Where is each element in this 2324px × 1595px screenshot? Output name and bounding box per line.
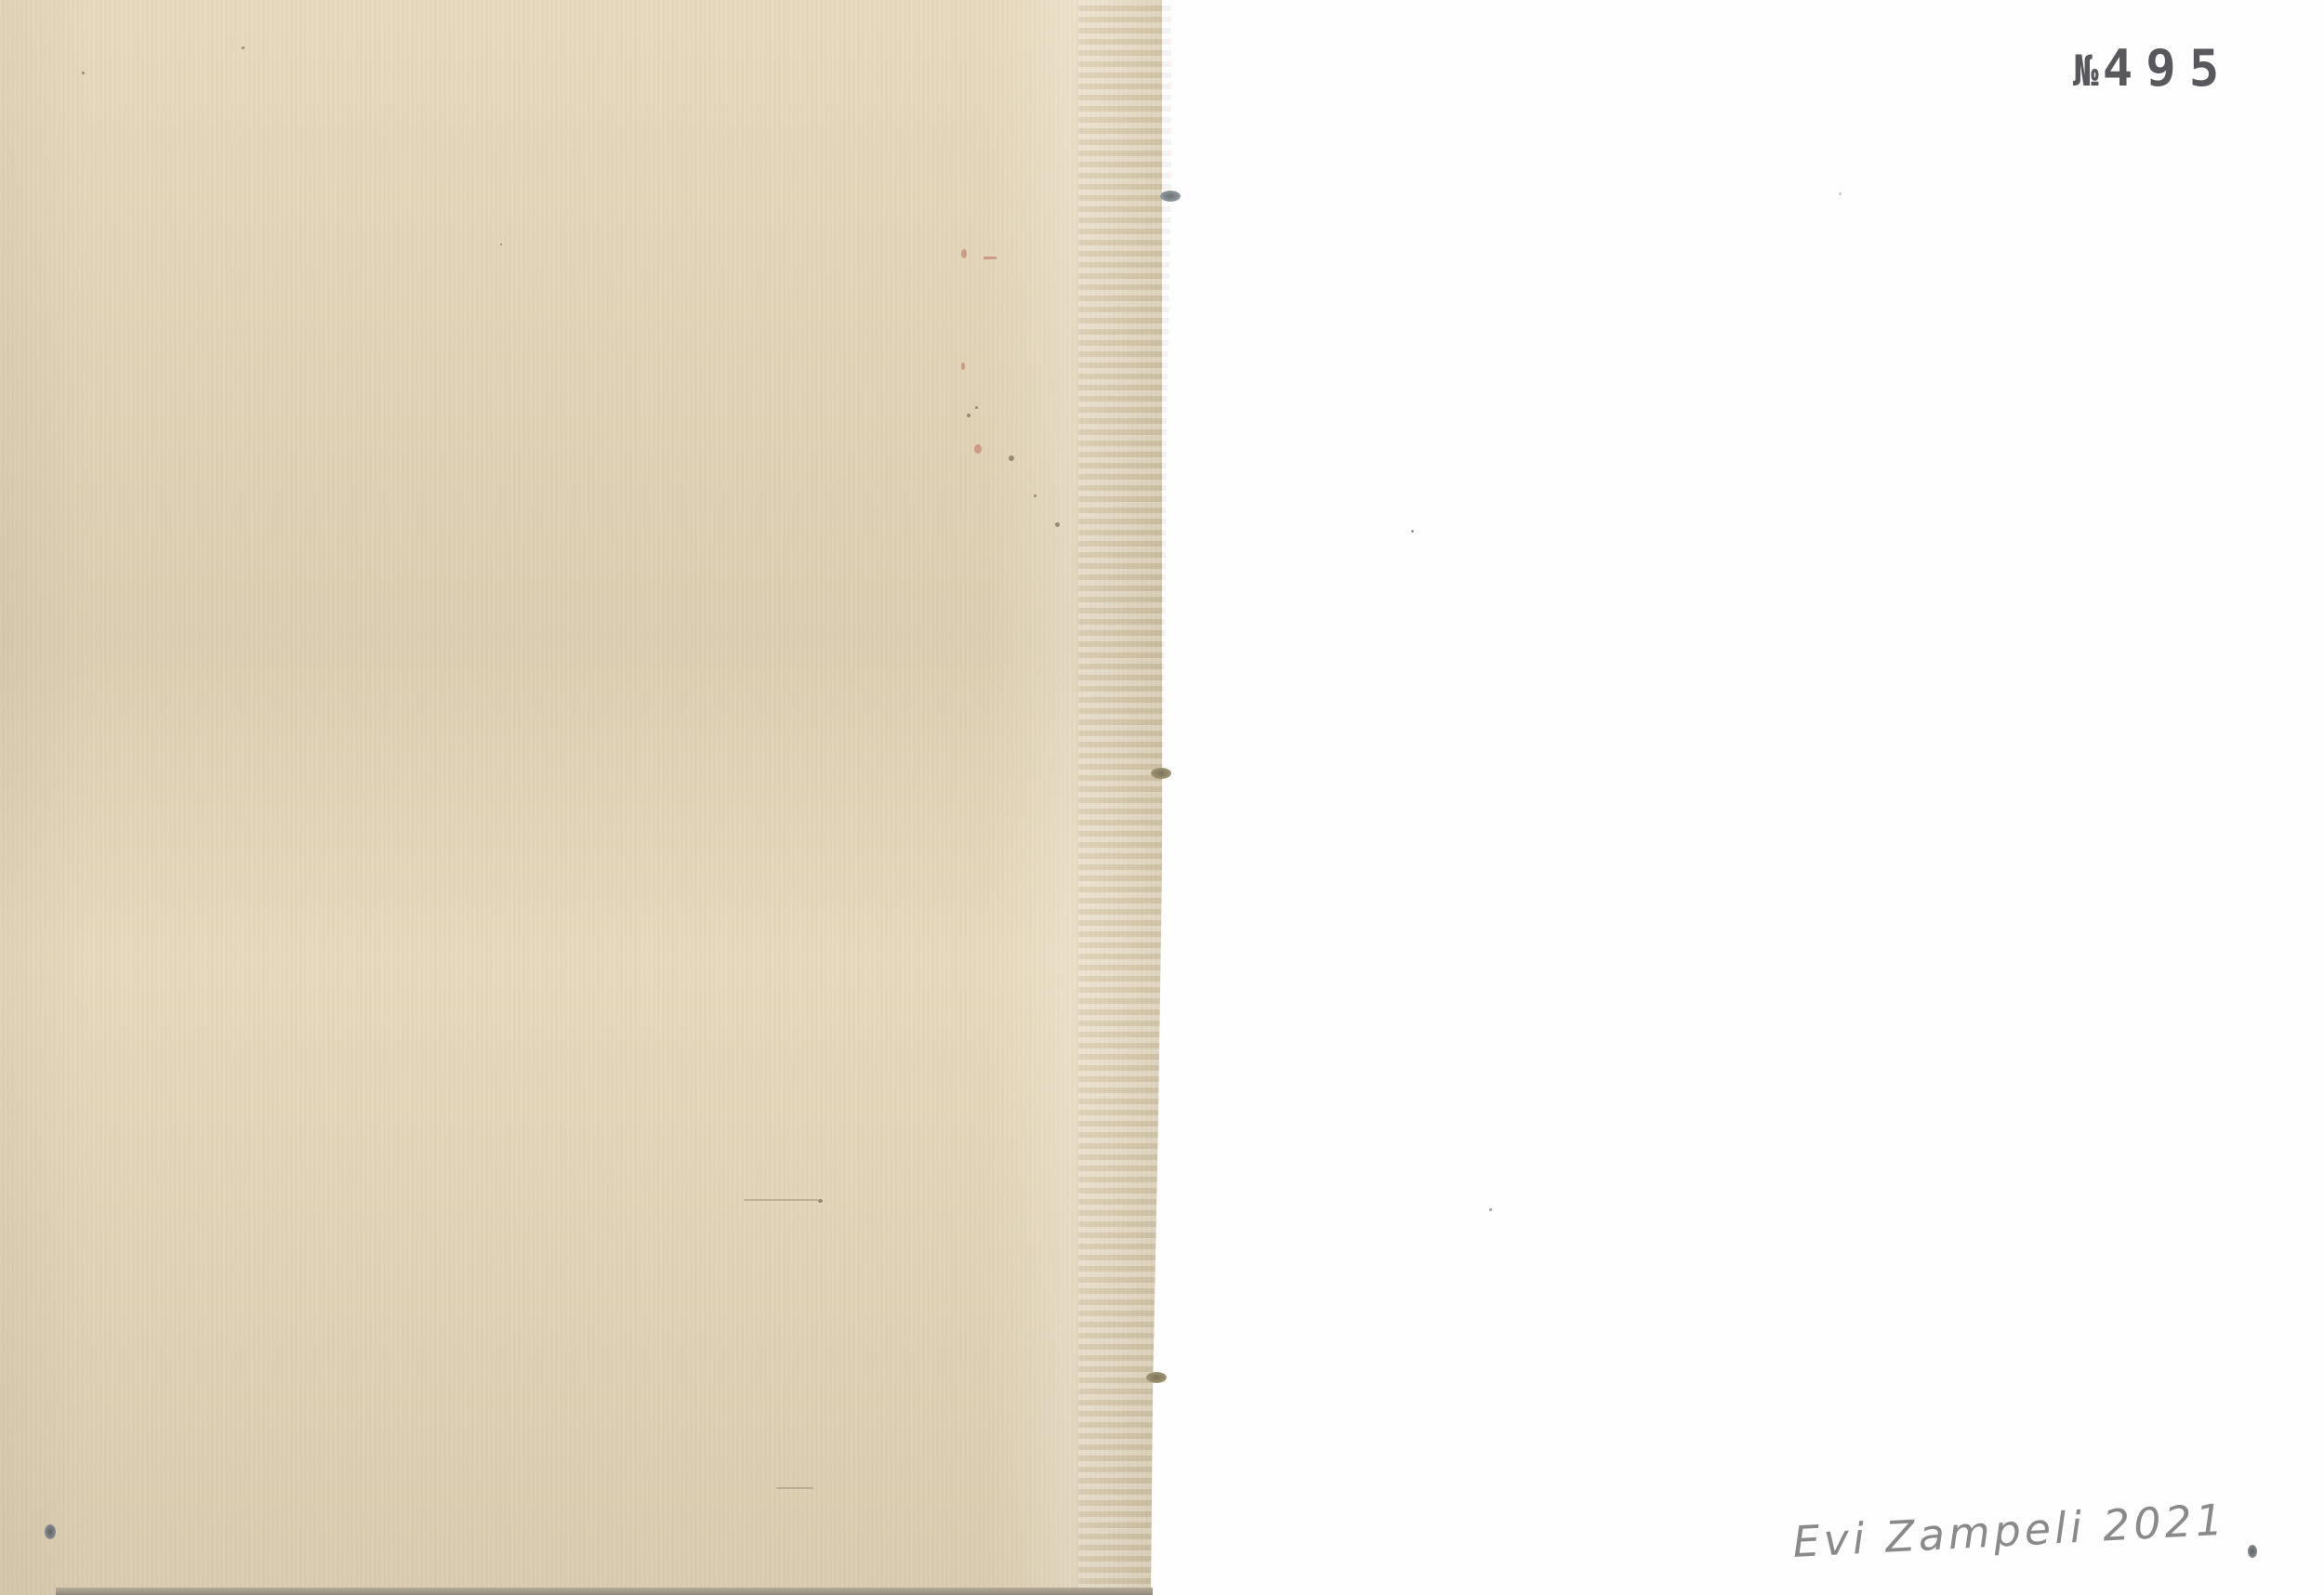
staple-hole-bottom [1146,1372,1167,1383]
dark-speck [967,414,971,417]
red-mark [974,444,982,454]
catalog-number-stamp: №495 [2073,39,2232,98]
aged-paper-sheet [0,0,1162,1595]
paper-bottom-shadow [56,1588,1153,1595]
staple-hole-middle [1151,768,1171,779]
dark-speck [776,1487,813,1489]
dark-speck [1839,192,1842,195]
dark-speck [242,46,244,49]
red-mark [984,257,997,259]
dark-speck [975,406,978,409]
punch-hole-right [2248,1545,2257,1558]
numero-sign: № [2073,46,2103,96]
red-mark [961,249,967,258]
dark-speck [500,244,502,245]
dark-speck [818,1199,823,1203]
staple-hole-top [1160,191,1181,202]
dark-speck [1411,530,1414,533]
red-mark [961,362,965,370]
catalog-number: 495 [2103,39,2233,98]
dark-speck [1489,1208,1492,1211]
dark-speck [744,1199,818,1201]
dark-speck [82,72,85,74]
punch-hole-left [45,1524,56,1539]
dark-speck [1009,455,1014,461]
dark-speck [1034,494,1037,497]
dark-speck [1055,522,1060,527]
